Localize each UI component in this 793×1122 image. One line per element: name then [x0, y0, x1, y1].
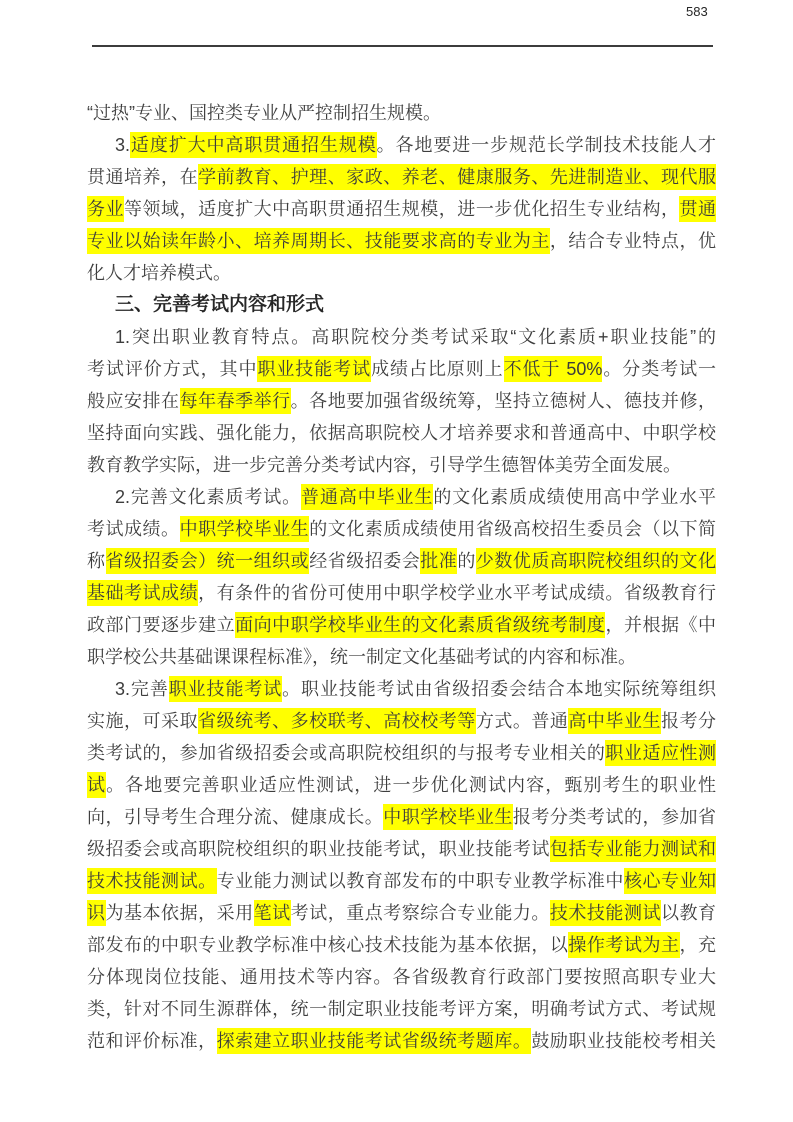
highlighted-text: 职业适应性测 — [605, 740, 716, 766]
text-run: “过热”专业、国控类专业从严控制招生规模。 — [87, 103, 441, 123]
text-line: 教育教学实际，进一步完善分类考试内容，引导学生德智体美劳全面发展。 — [87, 449, 716, 481]
text-line: 化人才培养模式。 — [87, 257, 716, 289]
text-line: 1.突出职业教育特点。高职院校分类考试采取“文化素质+职业技能”的 — [87, 321, 716, 353]
text-run: 2.完善文化素质考试。 — [115, 487, 301, 507]
text-run: 职学校公共基础课课程标准》，统一制定文化基础考试的内容和标准。 — [87, 647, 636, 667]
text-run: 类考试的，参加省级招委会或高职院校组织的与报考专业相关的 — [87, 743, 605, 763]
text-run: 三、完善考试内容和形式 — [115, 294, 324, 315]
text-run: 的 — [457, 551, 476, 571]
text-run: 实施，可采取 — [87, 711, 198, 731]
highlighted-text: 职业技能考试 — [257, 356, 371, 382]
text-line: 政部门要逐步建立面向中职学校毕业生的文化素质省级统考制度，并根据《中 — [87, 609, 716, 641]
text-run: 经省级招委会 — [309, 551, 420, 571]
text-line: 3.适度扩大中高职贯通招生规模。各地要进一步规范长学制技术技能人才 — [87, 129, 716, 161]
highlighted-text: 操作考试为主 — [568, 932, 679, 958]
text-run: 专业能力测试以教育部发布的中职专业教学标准中 — [217, 871, 624, 891]
text-line: 贯通培养，在学前教育、护理、家政、养老、健康服务、先进制造业、现代服 — [87, 161, 716, 193]
highlighted-text: 包括专业能力测试和 — [550, 836, 716, 862]
highlighted-text: 职业技能考试 — [169, 676, 282, 702]
text-run: 般应安排在 — [87, 391, 180, 411]
text-line: 分体现岗位技能、通用技术等内容。各省级教育行政部门要按照高职专业大 — [87, 961, 716, 993]
highlighted-text: 专业以始读年龄小、培养周期长、技能要求高的专业为主 — [87, 228, 550, 254]
highlighted-text: 笔试 — [254, 900, 291, 926]
text-line: 级招委会或高职院校组织的职业技能考试，职业技能考试包括专业能力测试和 — [87, 833, 716, 865]
text-line: 考试成绩。中职学校毕业生的文化素质成绩使用省级高校招生委员会（以下简 — [87, 513, 716, 545]
text-line: 坚持面向实践、强化能力，依据高职院校人才培养要求和普通高中、中职学校 — [87, 417, 716, 449]
document-page: 583 “过热”专业、国控类专业从严控制招生规模。3.适度扩大中高职贯通招生规模… — [0, 0, 793, 1122]
text-run: 坚持面向实践、强化能力，依据高职院校人才培养要求和普通高中、中职学校 — [87, 423, 716, 443]
highlighted-text: 省级统考、多校联考、高校校考等 — [198, 708, 476, 734]
text-run: 1.突出职业教育特点。高职院校分类考试采取“文化素质+职业技能”的 — [115, 327, 716, 347]
text-line: 识为基本依据，采用笔试考试，重点考察综合专业能力。技术技能测试以教育 — [87, 897, 716, 929]
document-body: “过热”专业、国控类专业从严控制招生规模。3.适度扩大中高职贯通招生规模。各地要… — [87, 97, 716, 1057]
highlighted-text: 适度扩大中高职贯通招生规模 — [130, 132, 377, 158]
text-run: 方式。普通 — [476, 711, 569, 731]
text-run: 考试评价方式，其中 — [87, 359, 257, 379]
text-line: 务业等领域，适度扩大中高职贯通招生规模，进一步优化招生专业结构，贯通 — [87, 193, 716, 225]
text-run: 3.完善 — [115, 679, 169, 699]
highlighted-text: 高中毕业生 — [568, 708, 661, 734]
text-line: 基础考试成绩，有条件的省份可使用中职学校学业水平考试成绩。省级教育行 — [87, 577, 716, 609]
text-run: 以教育 — [661, 903, 716, 923]
highlighted-text: 务业 — [87, 196, 124, 222]
text-run: 报考分 — [661, 711, 716, 731]
highlighted-text: 批准 — [420, 548, 457, 574]
highlighted-text: 省级招委会）统一组织或 — [106, 548, 310, 574]
text-run: 。各地要进一步规范长学制技术技能人才 — [377, 135, 716, 155]
highlighted-text: 中职学校毕业生 — [383, 804, 513, 830]
text-line: 类考试的，参加省级招委会或高职院校组织的与报考专业相关的职业适应性测 — [87, 737, 716, 769]
text-line: 实施，可采取省级统考、多校联考、高校校考等方式。普通高中毕业生报考分 — [87, 705, 716, 737]
text-run: 考试成绩。 — [87, 519, 180, 539]
text-run: 。分类考试一 — [602, 359, 716, 379]
highlighted-text: 试 — [87, 772, 106, 798]
text-run: 教育教学实际，进一步完善分类考试内容，引导学生德智体美劳全面发展。 — [87, 455, 681, 475]
text-run: 的文化素质成绩使用高中学业水平 — [433, 487, 716, 507]
text-run: 的文化素质成绩使用省级高校招生委员会（以下简 — [309, 519, 716, 539]
text-run: 。各地要加强省级统筹，坚持立德树人、德技并修， — [291, 391, 716, 411]
highlighted-text: 不低于 50% — [504, 356, 603, 382]
text-run: 政部门要逐步建立 — [87, 615, 235, 635]
text-line: 2.完善文化素质考试。普通高中毕业生的文化素质成绩使用高中学业水平 — [87, 481, 716, 513]
text-line: 职学校公共基础课课程标准》，统一制定文化基础考试的内容和标准。 — [87, 641, 716, 673]
text-line: 般应安排在每年春季举行。各地要加强省级统筹，坚持立德树人、德技并修， — [87, 385, 716, 417]
highlighted-text: 少数优质高职院校组织的文化 — [476, 548, 716, 574]
text-run: 成绩占比原则上 — [371, 359, 504, 379]
text-run: 3. — [115, 135, 130, 155]
highlighted-text: 核心专业知 — [624, 868, 716, 894]
text-run: ，并根据《中 — [605, 615, 716, 635]
highlighted-text: 识 — [87, 900, 106, 926]
text-line: 类，针对不同生源群体，统一制定职业技能考评方案，明确考试方式、考试规 — [87, 993, 716, 1025]
text-run: 报考分类考试的，参加省 — [513, 807, 716, 827]
highlighted-text: 普通高中毕业生 — [301, 484, 433, 510]
text-line: 部发布的中职专业教学标准中核心技术技能为基本依据，以操作考试为主，充 — [87, 929, 716, 961]
text-run: 向，引导考生合理分流、健康成长。 — [87, 807, 383, 827]
text-run: 鼓励职业技能校考相关 — [531, 1031, 716, 1051]
text-run: 。职业技能考试由省级招委会结合本地实际统筹组织 — [282, 679, 716, 699]
text-run: 为基本依据，采用 — [106, 903, 254, 923]
text-line: 专业以始读年龄小、培养周期长、技能要求高的专业为主，结合专业特点，优 — [87, 225, 716, 257]
page-number: 583 — [686, 4, 716, 20]
text-line: 试。各地要完善职业适应性测试，进一步优化测试内容，甄别考生的职业性 — [87, 769, 716, 801]
text-run: 部发布的中职专业教学标准中核心技术技能为基本依据，以 — [87, 935, 568, 955]
text-run: ，有条件的省份可使用中职学校学业水平考试成绩。省级教育行 — [198, 583, 716, 603]
text-run: ，充 — [680, 935, 717, 955]
text-run: 分体现岗位技能、通用技术等内容。各省级教育行政部门要按照高职专业大 — [87, 967, 716, 987]
highlighted-text: 贯通 — [679, 196, 716, 222]
highlighted-text: 基础考试成绩 — [87, 580, 198, 606]
text-line: 范和评价标准，探索建立职业技能考试省级统考题库。鼓励职业技能校考相关 — [87, 1025, 716, 1057]
text-line: 向，引导考生合理分流、健康成长。中职学校毕业生报考分类考试的，参加省 — [87, 801, 716, 833]
highlighted-text: 技术技能测试 — [550, 900, 661, 926]
text-run: 范和评价标准， — [87, 1031, 217, 1051]
text-run: 化人才培养模式。 — [87, 263, 231, 283]
text-line: 技术技能测试。专业能力测试以教育部发布的中职专业教学标准中核心专业知 — [87, 865, 716, 897]
text-line: 称省级招委会）统一组织或经省级招委会批准的少数优质高职院校组织的文化 — [87, 545, 716, 577]
text-run: ，结合专业特点，优 — [550, 231, 716, 251]
text-run: 类，针对不同生源群体，统一制定职业技能考评方案，明确考试方式、考试规 — [87, 999, 716, 1019]
highlighted-text: 每年春季举行 — [180, 388, 291, 414]
highlighted-text: 学前教育、护理、家政、养老、健康服务、先进制造业、现代服 — [198, 164, 716, 190]
highlighted-text: 技术技能测试。 — [87, 868, 217, 894]
text-run: 等领域，适度扩大中高职贯通招生规模，进一步优化招生专业结构， — [124, 199, 679, 219]
text-run: 考试，重点考察综合专业能力。 — [291, 903, 550, 923]
text-run: 贯通培养，在 — [87, 167, 198, 187]
text-line: “过热”专业、国控类专业从严控制招生规模。 — [87, 97, 716, 129]
highlighted-text: 探索建立职业技能考试省级统考题库。 — [217, 1028, 532, 1054]
text-run: 级招委会或高职院校组织的职业技能考试，职业技能考试 — [87, 839, 550, 859]
highlighted-text: 面向中职学校毕业生的文化素质省级统考制度 — [235, 612, 605, 638]
text-line: 考试评价方式，其中职业技能考试成绩占比原则上不低于 50%。分类考试一 — [87, 353, 716, 385]
header-rule — [92, 45, 713, 47]
section-heading: 三、完善考试内容和形式 — [87, 289, 716, 321]
text-run: 。各地要完善职业适应性测试，进一步优化测试内容，甄别考生的职业性 — [106, 775, 716, 795]
highlighted-text: 中职学校毕业生 — [180, 516, 310, 542]
text-run: 称 — [87, 551, 106, 571]
text-line: 3.完善职业技能考试。职业技能考试由省级招委会结合本地实际统筹组织 — [87, 673, 716, 705]
